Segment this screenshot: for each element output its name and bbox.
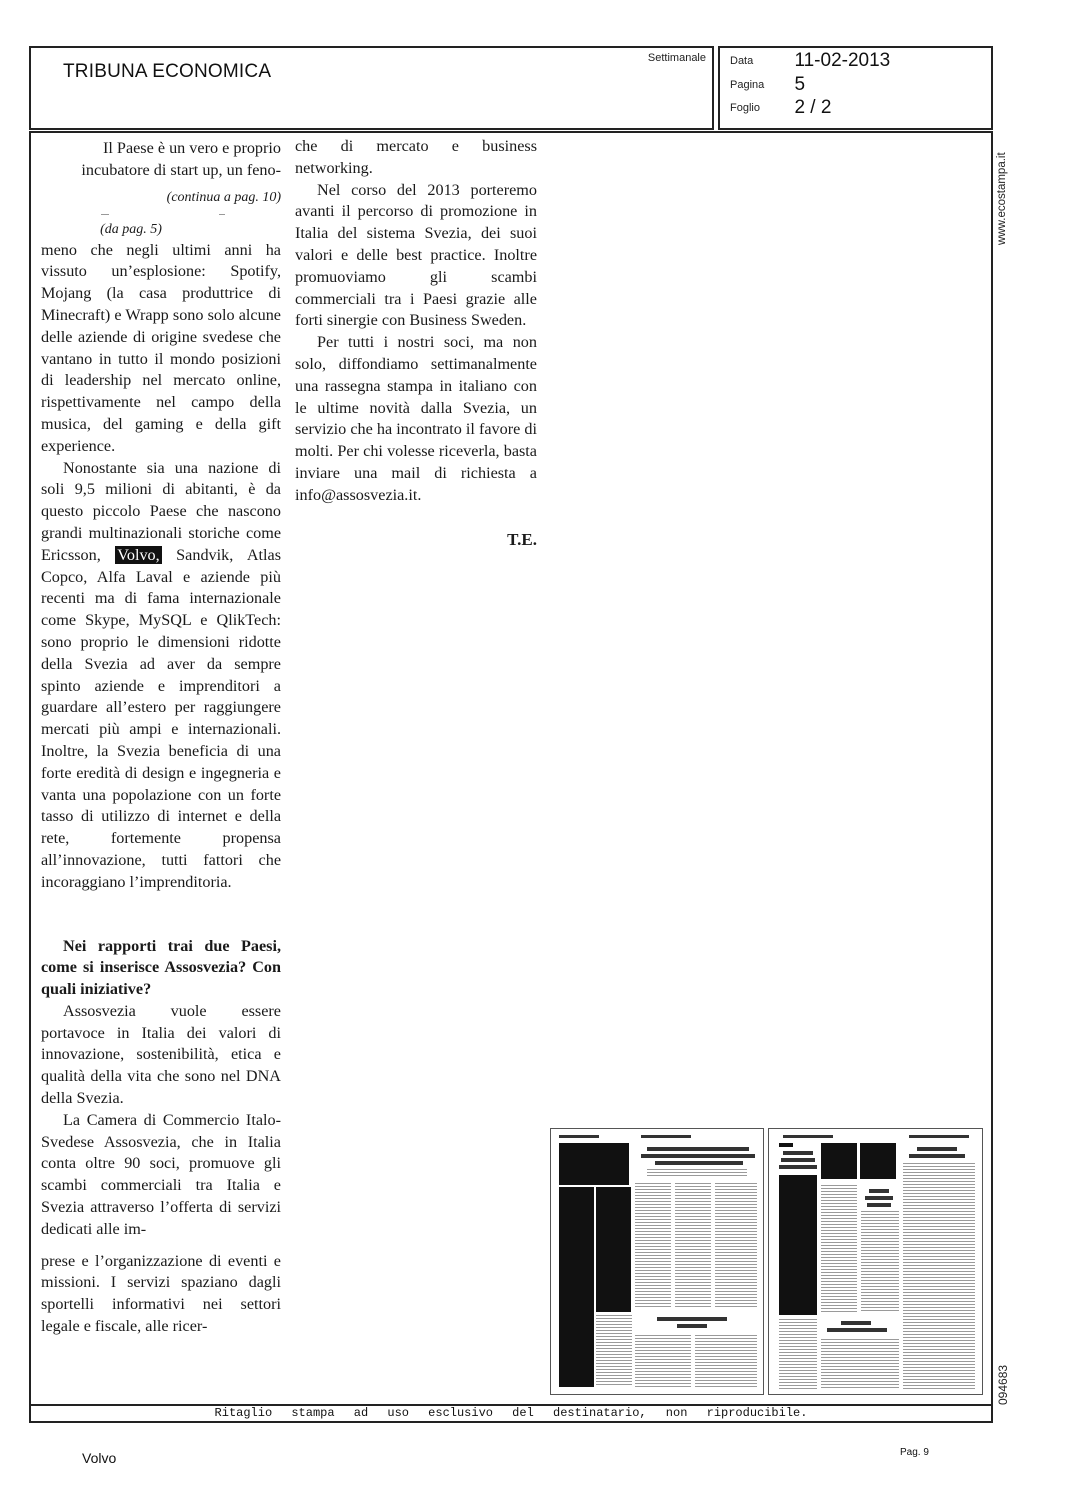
continued-from-note: (da pag. 5) (41, 220, 221, 240)
date-label: Data (730, 55, 790, 67)
thumb-headline (917, 1147, 957, 1151)
publication-title: TRIBUNA ECONOMICA (63, 61, 271, 83)
meta-sheet-row: Foglio 2 / 2 (730, 97, 831, 119)
meta-page-row: Pagina 5 (730, 74, 805, 96)
thumb-text (779, 1319, 817, 1389)
spacer (41, 915, 281, 936)
thumb-black-column (596, 1187, 631, 1312)
paragraph: La Camera di Commercio Italo-Svedese Ass… (41, 1110, 281, 1241)
thumb-text (903, 1163, 975, 1389)
thumb-headline (783, 1151, 813, 1155)
thumb-headline (865, 1196, 893, 1200)
thumb-headline (781, 1158, 815, 1162)
clipping-code: 094683 (996, 1365, 1010, 1405)
thumb-text (821, 1185, 857, 1313)
page-value: 5 (794, 74, 805, 96)
thumb-headline (867, 1203, 891, 1207)
publication-frequency: Settimanale (648, 52, 706, 64)
thumb-header (641, 1135, 691, 1138)
footer-keyword: Volvo (82, 1450, 116, 1466)
spacer (41, 894, 281, 915)
thumb-text (635, 1183, 671, 1309)
thumb-tag (779, 1143, 793, 1147)
paragraph-text: Sandvik, Atlas Copco, Alfa Laval e azien… (41, 546, 281, 891)
thumb-text (647, 1169, 747, 1177)
interview-question: Nei rapporti trai due Paesi, come si ins… (41, 936, 281, 1001)
intro-line-1: Il Paese è un vero e proprio (41, 138, 281, 160)
page-thumbnail-2[interactable] (768, 1128, 983, 1395)
continued-to-note: (continua a pag. 10) (41, 188, 281, 208)
thumb-header (783, 1135, 833, 1138)
paragraph: meno che negli ultimi anni ha vissuto un… (41, 240, 281, 458)
thumb-text (715, 1183, 757, 1309)
page-thumbnail-1[interactable] (550, 1128, 764, 1395)
thumb-black-column (779, 1175, 817, 1315)
thumb-black-column (559, 1187, 594, 1387)
thumb-black-block (821, 1143, 857, 1179)
thumb-headline (657, 1317, 727, 1321)
source-url: www.ecostampa.it (996, 152, 1008, 245)
thumb-headline (641, 1154, 755, 1158)
header-publication-box: TRIBUNA ECONOMICA Settimanale (29, 46, 714, 130)
thumb-text (596, 1315, 632, 1387)
thumb-black-block (559, 1143, 629, 1185)
thumb-headline (841, 1321, 871, 1325)
thumb-headline (909, 1154, 965, 1158)
spacer (41, 1241, 281, 1251)
thumb-headline (827, 1328, 887, 1332)
paragraph: Assosvezia vuole essere portavoce in Ita… (41, 1001, 281, 1110)
cut-line (41, 208, 281, 220)
thumb-headline (869, 1189, 889, 1193)
author-signature: T.E. (295, 529, 537, 551)
thumb-text (861, 1211, 899, 1313)
thumb-black-block (860, 1143, 896, 1179)
page-label: Pagina (730, 79, 790, 91)
meta-date-row: Data 11-02-2013 (730, 50, 890, 72)
thumb-text (635, 1335, 691, 1387)
article-column-1: Il Paese è un vero e proprio incubatore … (41, 138, 281, 1338)
disclaimer-text: Ritaglio stampa ad uso esclusivo del des… (29, 1406, 993, 1420)
date-value: 11-02-2013 (794, 50, 890, 72)
paragraph: prese e l’organizzazione di eventi e mis… (41, 1251, 281, 1338)
paragraph: che di mercato e business networking. (295, 136, 537, 180)
paragraph: Nel corso del 2013 porteremo avanti il p… (295, 180, 537, 333)
paragraph: Per tutti i nostri soci, ma non solo, di… (295, 332, 537, 506)
thumb-headline (655, 1161, 743, 1165)
thumb-text (695, 1335, 757, 1387)
sheet-value: 2 / 2 (794, 97, 831, 119)
thumb-header (909, 1135, 969, 1138)
thumb-headline (677, 1324, 707, 1328)
thumb-headline (647, 1147, 749, 1151)
sheet-label: Foglio (730, 102, 790, 114)
intro-line-2: incubatore di start up, un feno- (41, 160, 281, 182)
thumb-text (821, 1339, 899, 1389)
thumb-headline (779, 1165, 817, 1169)
footer-page-number: Pag. 9 (900, 1447, 929, 1458)
thumb-text (675, 1183, 711, 1309)
header-meta-box: Data 11-02-2013 Pagina 5 Foglio 2 / 2 (718, 46, 993, 130)
highlighted-keyword: Volvo, (115, 546, 161, 564)
thumb-header (559, 1135, 599, 1138)
paragraph: Nonostante sia una nazione di soli 9,5 m… (41, 458, 281, 894)
article-column-2: che di mercato e business networking. Ne… (295, 136, 537, 550)
